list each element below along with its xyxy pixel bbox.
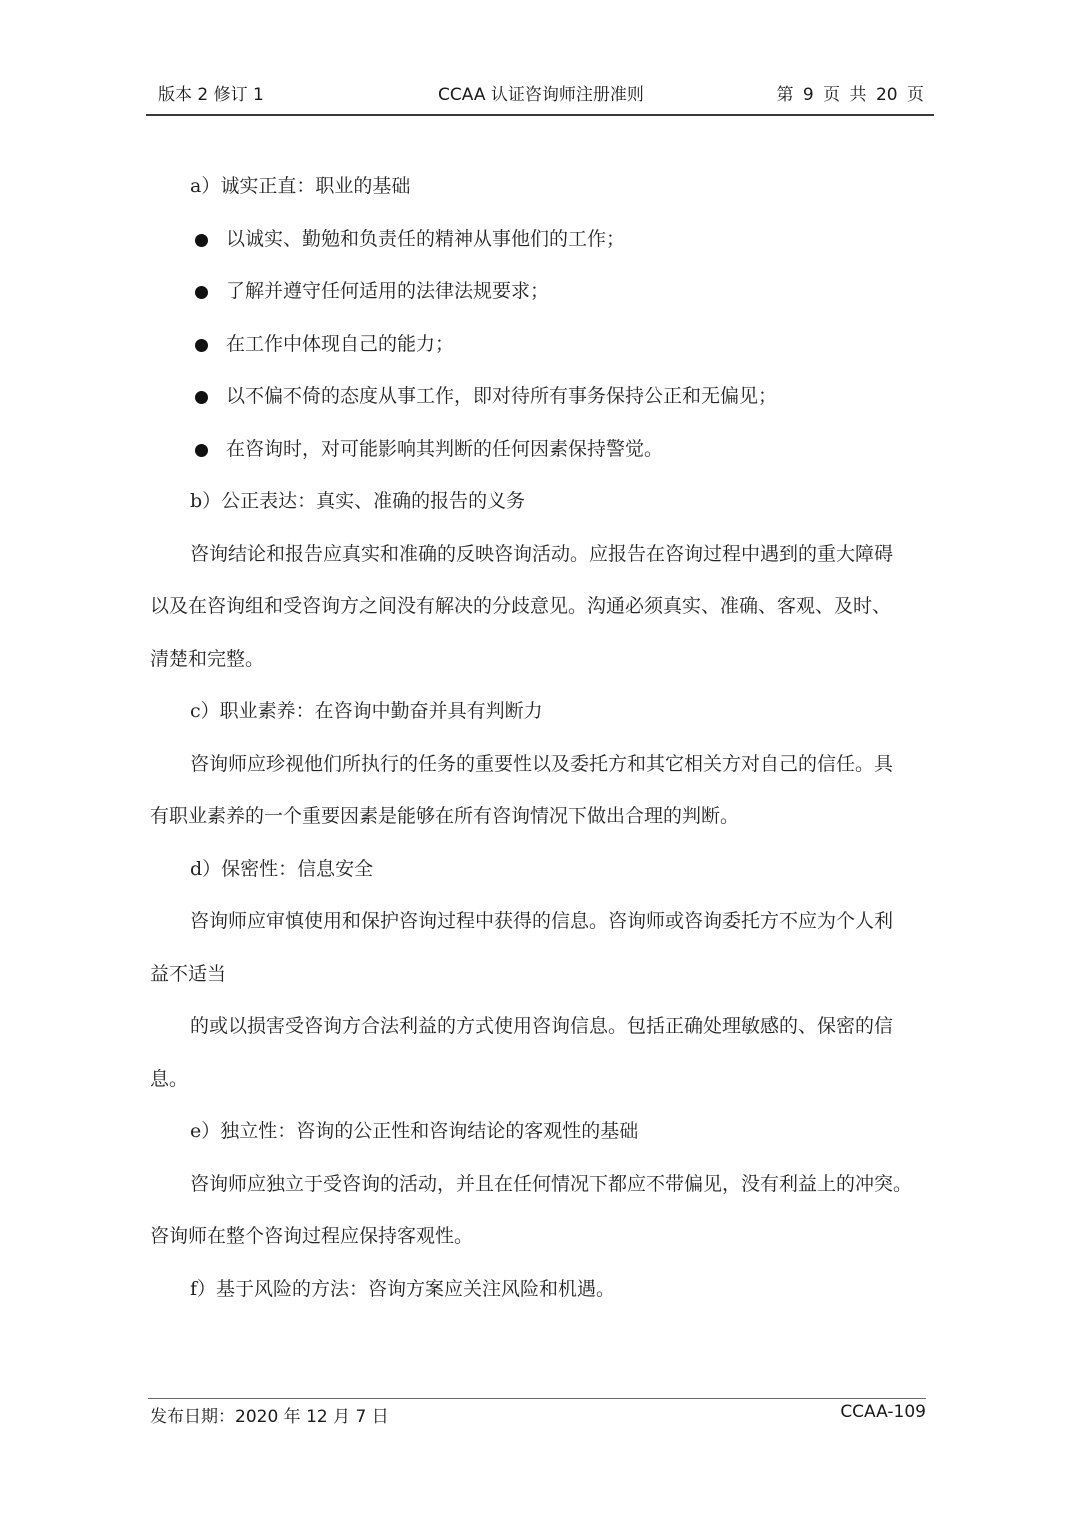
bullet-text: 在咨询时，对可能影响其判断的任何因素保持警觉。 [226,438,663,460]
paragraph-line: 有职业素养的一个重要因素是能够在所有咨询情况下做出合理的判断。 [150,790,940,843]
section-heading-a: a）诚实正直：职业的基础 [150,160,940,213]
document-code: CCAA-109 [840,1402,926,1422]
publish-date: 发布日期：2020 年 12 月 7 日 [150,1402,389,1427]
bullet-item: 在咨询时，对可能影响其判断的任何因素保持警觉。 [150,423,940,476]
paragraph-line: 咨询师应珍视他们所执行的任务的重要性以及委托方和其它相关方对自己的信任。具 [150,738,940,791]
section-heading-c: c）职业素养：在咨询中勤奋并具有判断力 [150,685,940,738]
paragraph-line: 咨询师应审慎使用和保护咨询过程中获得的信息。咨询师或咨询委托方不应为个人利 [150,895,940,948]
paragraph-line: 益不适当 [150,948,940,1001]
bullet-text: 以不偏不倚的态度从事工作，即对待所有事务保持公正和无偏见； [226,385,777,407]
bullet-icon [195,234,208,247]
bullet-text: 了解并遵守任何适用的法律法规要求； [226,280,549,302]
paragraph-line: 息。 [150,1053,940,1106]
paragraph-line: 以及在咨询组和受咨询方之间没有解决的分歧意见。沟通必须真实、准确、客观、及时、 [150,580,940,633]
bullet-icon [195,339,208,352]
page-header: 版本 2 修订 1 CCAA 认证咨询师注册准则 第 9 页 共 20 页 [148,76,934,106]
page-number: 第 9 页 共 20 页 [777,80,924,105]
bullet-text: 以诚实、勤勉和负责任的精神从事他们的工作； [226,228,625,250]
page-footer: 发布日期：2020 年 12 月 7 日 CCAA-109 [150,1402,926,1428]
bullet-icon [195,286,208,299]
paragraph-line: 咨询师应独立于受咨询的活动，并且在任何情况下都应不带偏见，没有利益上的冲突。 [150,1158,940,1211]
section-heading-b: b）公正表达：真实、准确的报告的义务 [150,475,940,528]
paragraph-line: 咨询结论和报告应真实和准确的反映咨询活动。应报告在咨询过程中遇到的重大障碍 [150,528,940,581]
header-divider [146,114,934,116]
bullet-item: 以诚实、勤勉和负责任的精神从事他们的工作； [150,213,940,266]
document-body: a）诚实正直：职业的基础 以诚实、勤勉和负责任的精神从事他们的工作； 了解并遵守… [150,160,940,1315]
bullet-text: 在工作中体现自己的能力； [226,333,454,355]
section-heading-e: e）独立性：咨询的公正性和咨询结论的客观性的基础 [150,1105,940,1158]
bullet-icon [195,444,208,457]
section-heading-f: f）基于风险的方法：咨询方案应关注风险和机遇。 [150,1263,940,1316]
bullet-item: 了解并遵守任何适用的法律法规要求； [150,265,940,318]
bullet-item: 在工作中体现自己的能力； [150,318,940,371]
bullet-item: 以不偏不倚的态度从事工作，即对待所有事务保持公正和无偏见； [150,370,940,423]
section-heading-d: d）保密性：信息安全 [150,843,940,896]
paragraph-line: 的或以损害受咨询方合法利益的方式使用咨询信息。包括正确处理敏感的、保密的信 [150,1000,940,1053]
paragraph-line: 咨询师在整个咨询过程应保持客观性。 [150,1210,940,1263]
bullet-icon [195,391,208,404]
paragraph-line: 清楚和完整。 [150,633,940,686]
footer-divider [148,1398,926,1399]
